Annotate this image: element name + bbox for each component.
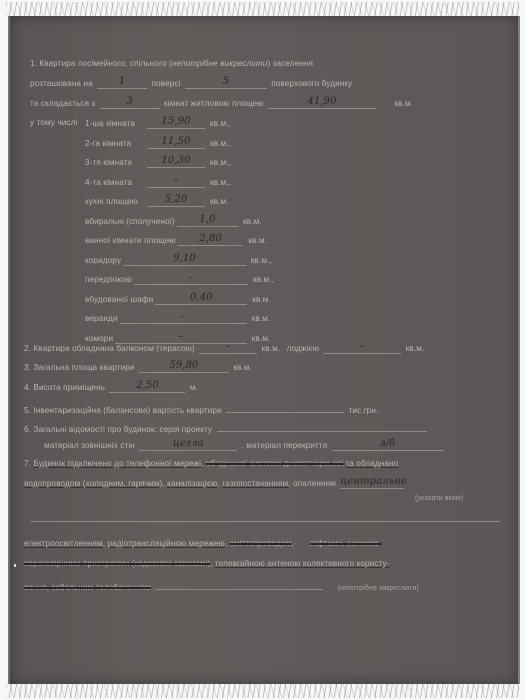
room-row: 3-тя кімната10,30кв.м.,: [85, 157, 231, 168]
project-series-field: [217, 421, 427, 432]
living-area-value: 41,90: [307, 96, 336, 107]
room-row-label: 4-та кімната: [85, 178, 145, 187]
room-row-field: 5,20: [147, 196, 205, 207]
room-row: кухні площею5,20кв.м.: [85, 196, 229, 207]
balcony-field: –: [199, 343, 257, 354]
item7-line2: водопроводом (холодним, гарячим), каналі…: [24, 478, 406, 489]
document-page: 1. Квартира посімейного, спільного (непо…: [8, 16, 520, 684]
form-content: 1. Квартира посімейного, спільного (непо…: [10, 16, 518, 684]
room-row-value: –: [188, 272, 193, 283]
cable-tv-field: [155, 579, 323, 590]
room-row-field: 0,40: [155, 294, 247, 305]
balcony-value: –: [226, 341, 231, 352]
room-row: 1-ша кімната15,90кв.м.,: [85, 118, 231, 129]
loggia-label: лоджією: [287, 344, 319, 353]
item7-line4: переговірними пристроями (кодовими замка…: [24, 559, 390, 568]
radio-network-text: радіотрансляційною мережею: [108, 539, 225, 548]
item6-line: 6. Загальні відомості про будинок: серія…: [24, 421, 429, 434]
room-row-field: 11,50: [147, 138, 205, 149]
walls-material-value: цегла: [173, 438, 204, 449]
room-row-value: 5,20: [165, 194, 188, 205]
heating-label: опаленням: [293, 479, 336, 488]
room-row-label: вбиральні (сполученої): [85, 217, 175, 226]
storeys-value: 5: [223, 76, 229, 87]
dispatch-system-text: об'єднаної системи диспетчерської: [206, 459, 343, 468]
margin-mark: [14, 564, 16, 567]
garbage-chute-text: сміттєпроводом: [230, 539, 292, 548]
height-unit: м.: [190, 383, 198, 392]
floor-suffix: поверсі: [152, 79, 181, 88]
walls-material-field: цегла: [139, 440, 237, 451]
room-row: вбиральні (сполученої)1,0кв.м.: [85, 216, 262, 227]
room-row-label: веранди: [85, 314, 118, 323]
total-area-field: 59,80: [139, 362, 229, 373]
height-value: 2,50: [136, 380, 159, 391]
item6-materials-line: матеріал зовнішніх стін цегла , матеріал…: [44, 440, 446, 451]
heating-note: (указати яким): [415, 495, 463, 502]
item1-rooms-line: та складається з 3 кімнат житловою площе…: [30, 98, 413, 109]
room-row-field: –: [120, 313, 247, 324]
item7-line5: вання, кабельним телебаченням (непотрібн…: [24, 579, 419, 592]
separator-line: [30, 521, 500, 522]
item2-line: 2. Квартира обладнана балконом (терасою)…: [24, 343, 424, 354]
total-area-label: 3. Загальна площа квартири: [24, 363, 135, 372]
room-row-field: 9,10: [123, 255, 246, 266]
photo-frame: 1. Квартира посімейного, спільного (непо…: [0, 0, 525, 700]
item7-line3: електроосвітленням, радіотрансляційною м…: [24, 539, 382, 548]
room-row-value: 0,40: [190, 292, 213, 303]
room-row-label: 1-ша кімната: [85, 119, 145, 128]
floor-value: 1: [119, 76, 125, 87]
room-row-value: –: [173, 175, 178, 186]
room-row-unit: кв.м.: [243, 217, 262, 226]
room-row-label: кухні площею: [85, 197, 145, 206]
rooms-field: 3: [100, 98, 160, 109]
room-row: 4-та кімната–кв.м.,: [85, 177, 231, 188]
room-row-field: 10,30: [147, 157, 205, 168]
living-area-unit: кв.м.: [394, 99, 413, 108]
room-row-value: 2,80: [199, 233, 222, 244]
room-row: комори–кв.м.: [85, 333, 270, 344]
room-row-unit: кв.м.,: [210, 119, 231, 128]
room-row-label: коридору: [85, 256, 121, 265]
room-row: коридору9,10кв.м.,: [85, 255, 272, 266]
item7-line1: 7. Будинок підключено до телефонної мере…: [24, 459, 398, 468]
room-row-label: вбудованої шафи: [85, 295, 153, 304]
floor-field: 1: [97, 78, 147, 89]
inventory-value-label: 5. Інвентаризаційна (балансова) вартість…: [24, 406, 222, 415]
storeys-suffix: поверхового будинку: [271, 79, 352, 88]
room-row-field: –: [134, 274, 248, 285]
room-row-value: –: [178, 331, 183, 342]
walls-material-label: матеріал зовнішніх стін: [44, 441, 135, 450]
item1-italic-note: непотрібне викреслити: [172, 59, 268, 68]
room-row-unit: кв.м.: [248, 236, 267, 245]
room-row-value: 10,30: [161, 155, 190, 166]
heating-value: центральне: [340, 476, 407, 487]
room-row-label: передпокою: [85, 275, 132, 284]
room-row: вбудованої шафи0,40кв.м.: [85, 294, 271, 305]
intercom-text: переговірними пристроями (кодовими замка…: [24, 559, 210, 568]
room-row-unit: кв.м.: [210, 197, 229, 206]
room-row-unit: кв.м.,: [253, 275, 274, 284]
height-label: 4. Висота приміщень: [24, 383, 105, 392]
room-row-field: 1,0: [177, 216, 238, 227]
item1-location-line: розташована на 1 поверсі 5 поверхового б…: [30, 78, 352, 89]
total-area-unit: кв.м.: [233, 363, 252, 372]
room-row-field: –: [147, 177, 205, 188]
rooms-value: 3: [126, 96, 132, 107]
room-row: ванної кімнати площею2,80кв.м.: [85, 235, 267, 246]
consists-label: та складається з: [30, 99, 95, 108]
room-row: 2-га кімната11,50кв.м.,: [85, 138, 231, 149]
room-row-unit: кв.м.: [252, 295, 271, 304]
item3-line: 3. Загальна площа квартири 59,80 кв.м.: [24, 362, 252, 373]
room-row-label: ванної кімнати площею: [85, 236, 176, 245]
room-row-field: 15,90: [147, 118, 205, 129]
living-area-field: 41,90: [268, 98, 376, 109]
water-supply-text: водопроводом (холодним, гарячим): [24, 479, 162, 488]
located-label: розташована на: [30, 79, 93, 88]
height-field: 2,50: [109, 382, 185, 393]
cable-tv-text: вання, кабельним телебаченням: [24, 583, 151, 592]
room-row-unit: кв.м.,: [210, 158, 231, 167]
balcony-label: 2. Квартира обладнана балконом (терасою): [24, 344, 195, 353]
elevators-text: ліфтами, замково-: [310, 539, 382, 548]
floors-material-value: з/б: [380, 438, 395, 449]
room-row-unit: кв.м.,: [251, 256, 272, 265]
room-row-field: 2,80: [178, 235, 244, 246]
item1-heading: 1. Квартира посімейного, спільного (непо…: [30, 59, 313, 68]
loggia-unit: кв.м.: [406, 344, 425, 353]
floors-material-field: з/б: [332, 440, 444, 451]
room-row-unit: кв.м.,: [210, 139, 231, 148]
electric-lighting-text: електроосвітленням: [24, 539, 103, 548]
total-area-value: 59,80: [169, 360, 198, 371]
equipped-text: та обладнано: [346, 459, 399, 468]
storeys-field: 5: [185, 78, 267, 89]
room-row-value: 9,10: [173, 253, 196, 264]
inventory-value-unit: тис.грн.: [349, 406, 379, 415]
gas-supply-text: газопостачанням: [222, 479, 288, 488]
item1-text-b: ) заселення: [267, 59, 313, 68]
strike-out-note: (непотрібне закреслити): [338, 585, 419, 592]
including-label: у тому числі: [30, 118, 77, 127]
phone-network-text: Будинок підключено до телефонної мережі: [33, 459, 201, 468]
loggia-field: –: [323, 343, 401, 354]
room-row-value: 11,50: [161, 136, 190, 147]
torn-edge-top: [6, 2, 519, 16]
building-info-label: 6. Загальні відомості про будинок: серія…: [24, 425, 212, 434]
room-row-unit: кв.м.,: [210, 178, 231, 187]
room-row: передпокою–кв.м.,: [85, 274, 274, 285]
item5-line: 5. Інвентаризаційна (балансова) вартість…: [24, 402, 378, 415]
item4-line: 4. Висота приміщень 2,50 м.: [24, 382, 198, 393]
room-row-label: 3-тя кімната: [85, 158, 145, 167]
room-row-label: комори: [85, 334, 113, 343]
room-row-unit: кв.м.: [252, 334, 271, 343]
item1-text-a: 1. Квартира посімейного, спільного (: [30, 59, 172, 68]
room-row-value: 15,90: [161, 116, 190, 127]
balcony-unit: кв.м.: [262, 344, 281, 353]
floors-material-label: , матеріал перекриття: [242, 441, 328, 450]
room-row-value: 1,0: [199, 214, 215, 225]
room-row-unit: кв.м.: [252, 314, 271, 323]
item7-number: 7.: [24, 459, 31, 468]
loggia-value: –: [360, 341, 365, 352]
torn-edge-bottom: [6, 684, 519, 698]
room-row: веранди–кв.м.: [85, 313, 270, 324]
rooms-suffix: кімнат житловою площею: [164, 99, 264, 108]
room-row-label: 2-га кімната: [85, 139, 145, 148]
inventory-value-field: [226, 402, 344, 413]
sewerage-text: каналізацією: [167, 479, 217, 488]
tv-antenna-text: телевізійною антеною колективного корист…: [215, 559, 390, 568]
heating-field: центральне: [340, 478, 404, 489]
room-row-value: –: [181, 311, 186, 322]
